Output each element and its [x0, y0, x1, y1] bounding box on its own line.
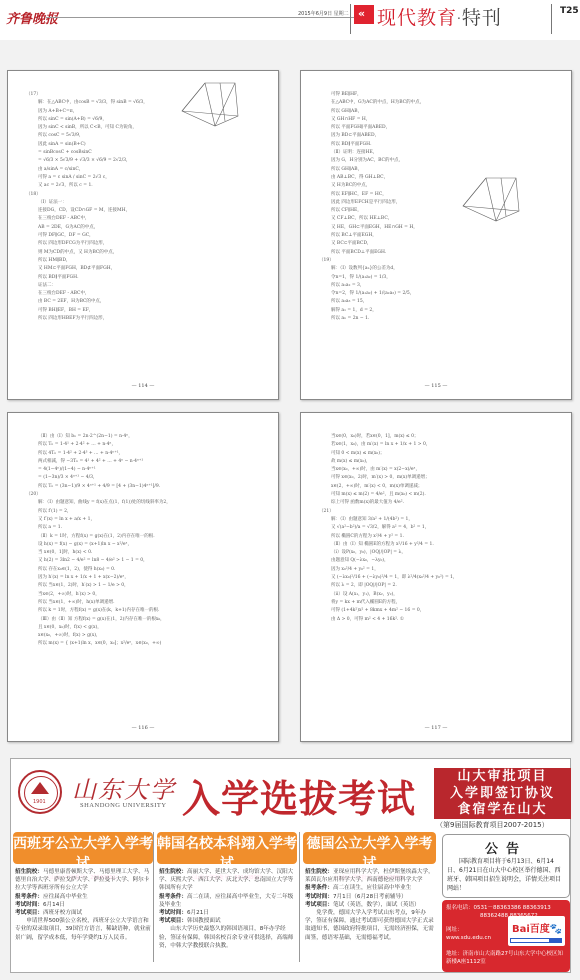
- text-line: 由题意知 Q(−λx₀，−λy₀)，: [331, 557, 559, 565]
- exam-page-117: 当x∈(0，x₀)时，若x∈(0，1]，m(x) ≤ 0；若x∈(1，x₀)，由…: [300, 412, 572, 742]
- text-line: 所以 CF∥HE，: [331, 207, 559, 215]
- text-line: 在三棱台DEF - ABC中，: [38, 215, 266, 223]
- text-line: （Ⅱ）由（Ⅰ）知 椭圆E的方程为 x²/16 + y²/4 = 1.: [331, 541, 559, 549]
- text-line: 所以 HM∥BD，: [38, 257, 266, 265]
- text-line: 所以 aₙ = 2n − 1.: [331, 315, 559, 323]
- university-name-en: SHANDONG UNIVERSITY: [80, 802, 167, 809]
- program-spain: 西班牙公立大学入学考试（山东大学审批号：20140801） 招生院校：马德里康普…: [13, 832, 153, 942]
- text-line: 所以 m(x) = { (x+1)ln x，x∈(0，x₀]；x²/eˣ，x∈(…: [38, 640, 266, 648]
- text-line: 因此 sinA = sin(B+C): [38, 141, 266, 149]
- text-line: 又 √(a²−b²)/a = √3/2，解得 a² = 4，b² = 1，: [331, 524, 559, 532]
- text-line: x∈(x₀，+∞)时，f(x) > g(x)，: [38, 632, 266, 640]
- text-line: 因此 四边形EFCH是平行四边形，: [331, 199, 559, 207]
- text-line: 所以 当x∈(1，2)时，h′(x) > 1 − 1/e > 0，: [38, 582, 266, 590]
- text-line: 所以 a = 1.: [38, 524, 266, 532]
- baidu-logo-text: Bai百度: [512, 924, 550, 935]
- search-box-icon: [510, 938, 562, 943]
- text-line: 因为 x₀²/4 + y₀² = 1，: [331, 566, 559, 574]
- text-line: 又 BC⊂平面BCD，: [331, 240, 559, 248]
- prism-figure: [180, 81, 240, 131]
- text-line: （20）: [26, 491, 266, 499]
- text-line: AB = 2DE，G为AC的中点，: [38, 224, 266, 232]
- text-line: 当 x∈(0，1]时，h(x) < 0.: [38, 549, 266, 557]
- text-line: 所以 当x∈(1，+∞)时，h(x)单调递增.: [38, 599, 266, 607]
- text-line: 所以 BC⊥平面EGH，: [331, 232, 559, 240]
- text-line: 可得 BE∥HF，: [331, 91, 559, 99]
- text-line: 所以 平面BCD⊥平面EGH.: [331, 249, 559, 257]
- text-line: 可得 a = c sinA / sinC = 2√3 c，: [38, 174, 266, 182]
- page-number-label: — 115 —: [301, 383, 571, 389]
- text-line: 又 HE，GH⊂平面EGH，HE∩GH = H，: [331, 224, 559, 232]
- notice-box: 公告 国际教育项目将于6月13日、6月14日、6月21日在山大中心校区举行德国、…: [442, 834, 570, 898]
- text-line: 所以 椭圆C的方程为 x²/4 + y² = 1.: [331, 533, 559, 541]
- text-line: 又 (−λx₀)²/16 + (−λy₀)²/4 = 1，即 λ²/4(x₀²/…: [331, 574, 559, 582]
- text-line: （Ⅱ）证明：连接HE，: [331, 149, 559, 157]
- text-line: （18）: [26, 191, 266, 199]
- ad-headline: 入学选拔考试: [182, 768, 416, 823]
- text-line: 所以 Tₙ = (3n−1)/9 × 4ⁿ⁺¹ + 4/9 = [4 + (3n…: [38, 483, 266, 491]
- text-line: 连接DG，CD，设CD∩GF = M，连接MH，: [38, 207, 266, 215]
- text-line: 令n=1，得 1/(a₁a₂) = 1/3，: [331, 274, 559, 282]
- text-line: 因为 G，H分别为AC，BC的中点，: [331, 157, 559, 165]
- text-line: 可得 (1+4k²)x² + 8kmx + 4m² − 16 = 0，: [331, 607, 559, 615]
- address: 地址：济南市山大南路27号山东大学中心校区知新楼A座1112室: [446, 950, 566, 966]
- text-line: 由 Δ > 0，可得 m² < 4 + 16k². ①: [331, 616, 559, 624]
- text-line: 解：（Ⅰ）由题意知 3/a² + 1/(4b²) = 1，: [331, 516, 559, 524]
- text-line: 所以 cosC = 5√3/9，: [38, 132, 266, 140]
- text-line: 在△ABC中，G为AC的中点，H为BC的中点，: [331, 99, 559, 107]
- text-line: 故 m(x) ≤ m(x₀)，: [331, 458, 559, 466]
- text-line: 所以 EF∥HC，EF = HC，: [331, 191, 559, 199]
- text-line: 解：（Ⅰ）设数列{aₙ}的公差为d，: [331, 265, 559, 273]
- text-line: （Ⅱ）由（Ⅰ）知 bₙ = 2n·2^(2n−1) = n·4ⁿ，: [38, 433, 266, 441]
- text-line: 令n=2，得 1/(a₁a₂) + 1/(a₂a₃) = 2/5，: [331, 290, 559, 298]
- text-line: 所以 k = 1时，方程f(x) = g(x)在(k，k+1)内存在唯一的根.: [38, 607, 266, 615]
- text-line: 又 CF⊥BC，所以 HE⊥BC，: [331, 215, 559, 223]
- header-rule: [46, 17, 366, 18]
- phone-numbers: 0531－88363386 88363913: [474, 905, 551, 911]
- university-seal-icon: 1901: [18, 770, 62, 814]
- exam-page-114: （17）解：在△ABC中，由cosB = √3/3，得 sinB = √6/3，…: [7, 70, 279, 400]
- text-line: 可得 BH∥EF，BH = EF，: [38, 307, 266, 315]
- text-line: 又 ac = 2√3，所以 c = 1.: [38, 182, 266, 190]
- divider: [551, 4, 552, 34]
- text-line: = √6/3 × 5√3/9 + √3/3 × √6/9 = 2√2/3，: [38, 157, 266, 165]
- text-line: 所以 四边形HBEF为平行四边形，: [38, 315, 266, 323]
- text-line: 又 f′(x) = ln x + a/x + 1，: [38, 516, 266, 524]
- text-line: 因为 h′(x) = ln x + 1/x + 1 + x(x−2)/eˣ，: [38, 574, 266, 582]
- divider: [299, 832, 300, 962]
- text-line: 证法二：: [38, 282, 266, 290]
- text-line: = (1−3n)/3 × 4ⁿ⁺¹ − 4/3，: [38, 474, 266, 482]
- text-line: 由 a/sinA = c/sinC，: [38, 166, 266, 174]
- text-line: 则 M为CD的中点，又 H为BC的中点，: [38, 249, 266, 257]
- page-text: 当x∈(0，x₀)时，若x∈(0，1]，m(x) ≤ 0；若x∈(1，x₀)，由…: [301, 413, 571, 741]
- text-line: 可得 DF∥GC，DF = GC，: [38, 232, 266, 240]
- page-number: T25: [560, 6, 579, 16]
- text-line: 由 BC = 2EF，H为BC的中点，: [38, 298, 266, 306]
- text-line: （21）: [319, 508, 559, 516]
- text-line: 解：（Ⅰ）由题意知，曲线y = f(x)在点(1，f(1))处的切线斜率为2，: [38, 499, 266, 507]
- page-text: 可得 BE∥HF，在△ABC中，G为AC的中点，H为BC的中点，所以 GH∥AB…: [301, 71, 571, 399]
- divider: [153, 832, 154, 962]
- text-line: 综上可得 函数m(x)的最大值为 4/e².: [331, 499, 559, 507]
- text-line: 设 h(x) = f(x) − g(x) = (x+1)ln x − x²/eˣ…: [38, 541, 266, 549]
- text-line: （Ⅲ）由（Ⅱ）知 方程f(x) = g(x)在(1，2)内存在唯一的根x₀，: [38, 616, 266, 624]
- page-number-label: — 117 —: [301, 725, 571, 731]
- text-line: 所以 四边形DFCG为平行四边形，: [38, 240, 266, 248]
- text-line: 可得 x∈(x₀，2)时，m′(x) > 0，m(x)单调递增；: [331, 474, 559, 482]
- paw-icon: 🐾: [550, 924, 562, 935]
- text-line: 所以 BD∥平面FGH.: [331, 141, 559, 149]
- text-line: 又 GH∩HF = H，: [331, 116, 559, 124]
- text-line: 当x∈(2，+∞)时，h′(x) > 0，: [38, 591, 266, 599]
- baidu-search-logo[interactable]: Bai百度🐾: [508, 916, 565, 946]
- section-title: 现代教育·特刊: [377, 3, 502, 30]
- text-line: 因为 BD⊂平面ABED，: [331, 132, 559, 140]
- text-line: 当x∈(0，x₀)时，若x∈(0，1]，m(x) ≤ 0；: [331, 433, 559, 441]
- university-name-cn: 山东大学: [72, 770, 176, 805]
- text-line: = sinBcosC + cosBsinC: [38, 149, 266, 157]
- text-line: 又 HM⊂平面FGH，BD⊄平面FGH，: [38, 265, 266, 273]
- notice-body: 国际教育项目将于6月13日、6月14日、6月21日在山大中心校区举行德国、西班牙…: [443, 857, 569, 893]
- edition-note: （第9届国际教育项目2007-2015）: [436, 820, 549, 830]
- notice-title: 公告: [443, 838, 569, 857]
- text-line: 且 x∈(0，x₀)时，f(x) < g(x)，: [38, 624, 266, 632]
- text-line: （ⅱ）设 A(x₁，y₁)，B(x₂，y₂)，: [331, 591, 559, 599]
- page-number-label: — 116 —: [8, 725, 278, 731]
- text-line: （Ⅱ）k = 1时，方程f(x) = g(x)在(1，2)内存在唯一的根.: [38, 533, 266, 541]
- text-line: （19）: [319, 257, 559, 265]
- text-line: 在三棱台DEF - ABC中，: [38, 290, 266, 298]
- exam-page-116: （Ⅱ）由（Ⅰ）知 bₙ = 2n·2^(2n−1) = n·4ⁿ，所以 Tₙ =…: [7, 412, 279, 742]
- page-text: （Ⅱ）由（Ⅰ）知 bₙ = 2n·2^(2n−1) = n·4ⁿ，所以 Tₙ =…: [8, 413, 278, 741]
- text-line: 所以 平面FGH∥平面ABED，: [331, 124, 559, 132]
- text-line: 所以 f′(1) = 2，: [38, 508, 266, 516]
- text-line: 所以 GH∥AB，: [331, 166, 559, 174]
- text-line: 所以 a₁a₂ = 3，: [331, 282, 559, 290]
- text-line: 可知 0 < m(x) ≤ m(x₀)；: [331, 450, 559, 458]
- text-line: 若x∈(1，x₀)，由 m′(x) = ln x + 1/x + 1 > 0，: [331, 441, 559, 449]
- program-germany: 德国公立大学入学考试（山东大学审批号：20140803） 招生院校：亚琛应用科学…: [303, 832, 436, 942]
- text-line: 所以 Tₙ = 1·4¹ + 2·4² + … + n·4ⁿ，: [38, 441, 266, 449]
- text-line: （Ⅰ）证法一：: [38, 199, 266, 207]
- section-logo-icon: «: [354, 5, 374, 24]
- text-line: 可知 m(x) ≤ m(2) = 4/e²，且 m(x₀) < m(2).: [331, 491, 559, 499]
- page-number-label: — 114 —: [8, 383, 278, 389]
- text-line: x∈(2，+∞)时，m′(x) < 0，m(x)单调递减；: [331, 483, 559, 491]
- text-line: 所以 GH∥AB，: [331, 108, 559, 116]
- text-line: 所以 a₂a₃ = 15，: [331, 298, 559, 306]
- text-line: 所以 存在x₀∈(1，2)，使得 h(x₀) = 0.: [38, 566, 266, 574]
- divider: [350, 4, 351, 34]
- text-line: 将y = kx + m代入椭圆E的方程，: [331, 599, 559, 607]
- prism-figure: [461, 176, 521, 226]
- text-line: 所以 4Tₙ = 1·4² + 2·4³ + … + n·4ⁿ⁺¹，: [38, 450, 266, 458]
- exam-page-115: 可得 BE∥HF，在△ABC中，G为AC的中点，H为BC的中点，所以 GH∥AB…: [300, 70, 572, 400]
- text-line: 解得 a₁ = 1，d = 2，: [331, 307, 559, 315]
- text-line: 又 H为BC的中点，: [331, 182, 559, 190]
- program-korea: 韩国名校本科翊入学考试（山东大学审批号：20140802） 招生院校：高丽大学、…: [157, 832, 297, 950]
- text-line: 所以 BD∥平面FGH.: [38, 274, 266, 282]
- text-line: 又 h(2) = 3ln2 − 4/e² = ln8 − 4/e² > 1 − …: [38, 557, 266, 565]
- slogan-box: 山大审批项目入学即签订协议食宿学在山大: [434, 768, 571, 819]
- text-line: = 4(1−4ⁿ)/(1−4) − n·4ⁿ⁺¹: [38, 466, 266, 474]
- text-line: 由 AB⊥BC，得 GH⊥BC，: [331, 174, 559, 182]
- text-line: 当x∈(x₀，+∞)时，由 m′(x) = x(2−x)/eˣ，: [331, 466, 559, 474]
- text-line: 两式相减，得 −3Tₙ = 4¹ + 4² + … + 4ⁿ − n·4ⁿ⁺¹: [38, 458, 266, 466]
- newspaper-header: 齐鲁晚报 2015年6月9日 星期二 « 现代教育·特刊 T25: [0, 0, 580, 40]
- issue-date: 2015年6月9日 星期二: [298, 10, 349, 17]
- text-line: （ⅰ）设P(x₀，y₀)，|OQ|/|OP| = λ，: [331, 549, 559, 557]
- text-line: 所以 λ = 2，即 |OQ|/|OP| = 2.: [331, 582, 559, 590]
